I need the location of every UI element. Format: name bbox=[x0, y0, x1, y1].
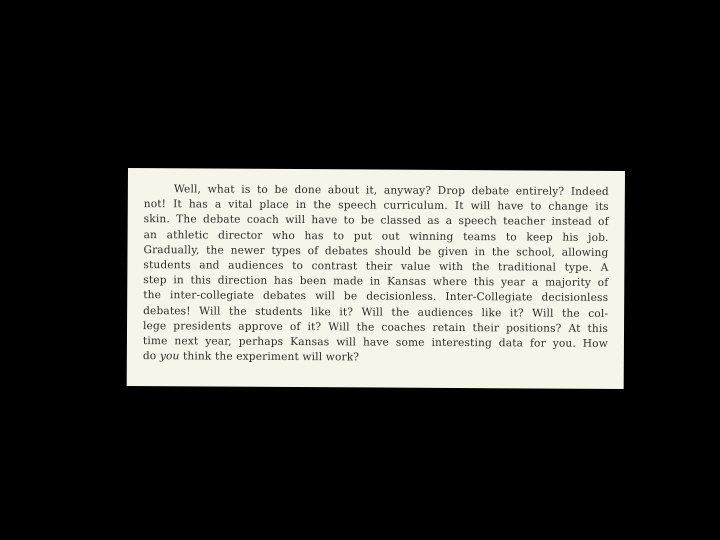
scanned-page: Well, what is to be done about it, anywa… bbox=[127, 168, 625, 389]
paragraph: Well, what is to be done about it, anywa… bbox=[143, 182, 613, 367]
text-fragment: do bbox=[143, 350, 160, 362]
emphasized-word: you bbox=[160, 350, 180, 362]
text-line-final: do you think the experiment will work? bbox=[143, 349, 608, 367]
text-fragment: think the experiment will work? bbox=[179, 351, 359, 364]
